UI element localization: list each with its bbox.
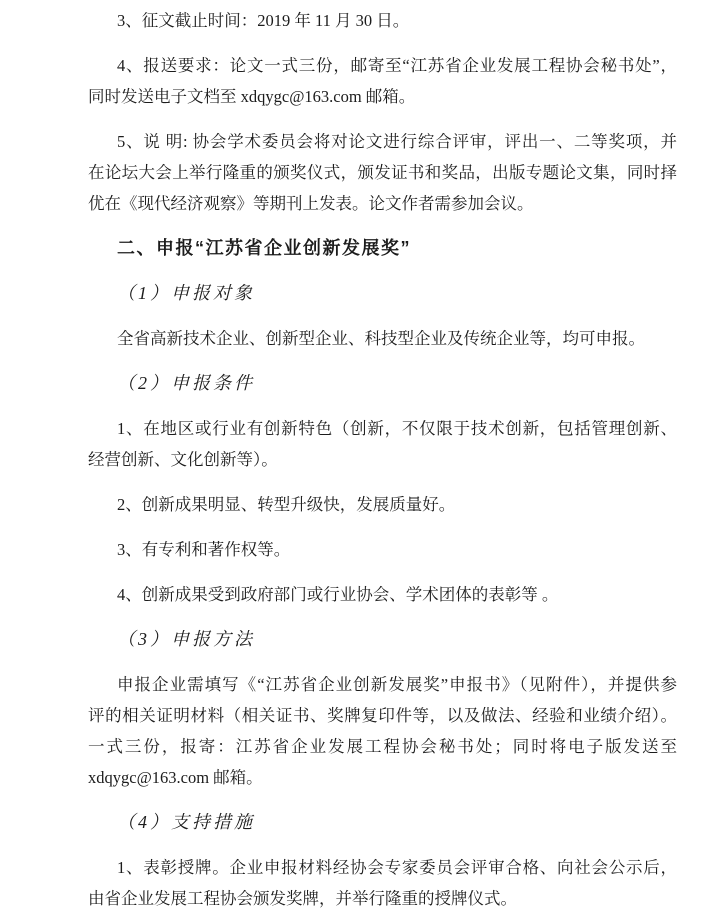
subheading-application-method: （3）申报方法	[88, 624, 677, 655]
subheading-text-line: （3）申报方法	[88, 624, 677, 655]
document-page: 3、征文截止时间：2019 年 11 月 30 日。 4、报送要求：论文一式三份…	[0, 0, 709, 915]
text-line: 经营创新、文化创新等）。	[88, 444, 677, 475]
paragraph-submission: 4、报送要求：论文一式三份，邮寄至“江苏省企业发展工程协会秘书处”， 同时发送电…	[88, 50, 677, 112]
text-line: 1、在地区或行业有创新特色（创新，不仅限于技术创新，包括管理创新、	[88, 413, 677, 444]
text-line: 1、表彰授牌。企业申报材料经协会专家委员会评审合格、向社会公示后，	[88, 852, 677, 883]
text-line: xdqygc@163.com 邮箱。	[88, 762, 677, 793]
text-line: 同时发送电子文档至 xdqygc@163.com 邮箱。	[88, 81, 677, 112]
subheading-text-line: （4）支持措施	[88, 807, 677, 838]
text-line: 申报企业需填写《“江苏省企业创新发展奖”申报书》（见附件），并提供参	[88, 669, 677, 700]
subheading-application-conditions: （2）申报条件	[88, 368, 677, 399]
heading-text-line: 二、申报“江苏省企业创新发展奖”	[88, 233, 677, 264]
text-line: 2、创新成果明显、转型升级快，发展质量好。	[88, 489, 677, 520]
text-line: 一式三份，报寄：江苏省企业发展工程协会秘书处；同时将电子版发送至	[88, 731, 677, 762]
paragraph-review-note: 5、说 明: 协会学术委员会将对论文进行综合评审，评出一、二等奖项，并 在论坛大…	[88, 126, 677, 219]
text-line: 4、创新成果受到政府部门或行业协会、学术团体的表彰等 。	[88, 579, 677, 610]
subheading-text-line: （2）申报条件	[88, 368, 677, 399]
paragraph-application-target: 全省高新技术企业、创新型企业、科技型企业及传统企业等，均可申报。	[88, 323, 677, 354]
section-heading-apply-award: 二、申报“江苏省企业创新发展奖”	[88, 233, 677, 264]
text-line: 评的相关证明材料（相关证书、奖牌复印件等，以及做法、经验和业绩介绍）。	[88, 700, 677, 731]
text-line: 3、有专利和著作权等。	[88, 534, 677, 565]
paragraph-condition-3: 3、有专利和著作权等。	[88, 534, 677, 565]
paragraph-support-measure-1: 1、表彰授牌。企业申报材料经协会专家委员会评审合格、向社会公示后， 由省企业发展…	[88, 852, 677, 914]
text-line: 4、报送要求：论文一式三份，邮寄至“江苏省企业发展工程协会秘书处”，	[88, 50, 677, 81]
subheading-support-measures: （4）支持措施	[88, 807, 677, 838]
text-line: 3、征文截止时间：2019 年 11 月 30 日。	[88, 5, 677, 36]
text-line: 由省企业发展工程协会颁发奖牌，并举行隆重的授牌仪式。	[88, 883, 677, 914]
paragraph-application-method: 申报企业需填写《“江苏省企业创新发展奖”申报书》（见附件），并提供参 评的相关证…	[88, 669, 677, 793]
paragraph-condition-4: 4、创新成果受到政府部门或行业协会、学术团体的表彰等 。	[88, 579, 677, 610]
subheading-application-target: （1）申报对象	[88, 278, 677, 309]
paragraph-condition-2: 2、创新成果明显、转型升级快，发展质量好。	[88, 489, 677, 520]
text-line: 优在《现代经济观察》等期刊上发表。论文作者需参加会议。	[88, 188, 677, 219]
text-line: 在论坛大会上举行隆重的颁奖仪式，颁发证书和奖品，出版专题论文集，同时择	[88, 157, 677, 188]
subheading-text-line: （1）申报对象	[88, 278, 677, 309]
text-line: 5、说 明: 协会学术委员会将对论文进行综合评审，评出一、二等奖项，并	[88, 126, 677, 157]
paragraph-deadline: 3、征文截止时间：2019 年 11 月 30 日。	[88, 5, 677, 36]
paragraph-condition-1: 1、在地区或行业有创新特色（创新，不仅限于技术创新，包括管理创新、 经营创新、文…	[88, 413, 677, 475]
text-line: 全省高新技术企业、创新型企业、科技型企业及传统企业等，均可申报。	[88, 323, 677, 354]
